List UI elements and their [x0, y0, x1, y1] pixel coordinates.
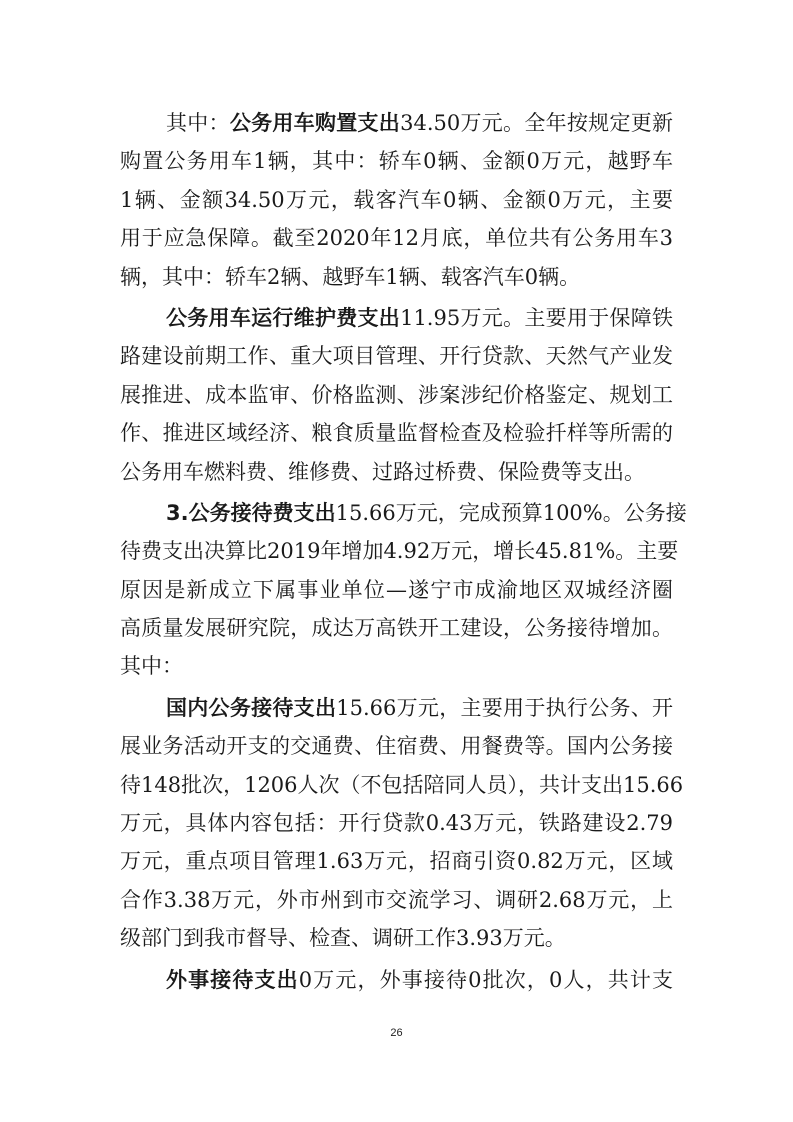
text-line: 高质量发展研究院，成达万高铁开工建设，公务接待增加。: [120, 609, 673, 647]
text-line: 3.公务接待费支出15.66万元，完成预算100%。公务接: [120, 494, 673, 532]
heading-domestic-reception: 国内公务接待支出: [166, 696, 336, 720]
text-line: 待148批次，1206人次（不包括陪同人员），共计支出15.66: [120, 766, 673, 804]
heading-vehicle-maintenance: 公务用车运行维护费支出: [166, 306, 400, 330]
heading-vehicle-purchase: 公务用车购置支出: [230, 111, 400, 135]
line-text: 11.95万元。主要用于保障铁: [400, 306, 673, 330]
document-body: 其中：公务用车购置支出34.50万元。全年按规定更新 购置公务用车1辆，其中：轿…: [120, 104, 673, 999]
text-line: 外事接待支出0万元，外事接待0批次，0人，共计支: [120, 961, 673, 999]
paragraph-reception: 3.公务接待费支出15.66万元，完成预算100%。公务接 待费支出决算比201…: [120, 494, 673, 686]
page-number: 26: [0, 1027, 793, 1039]
paragraph-domestic-reception: 国内公务接待支出15.66万元，主要用于执行公务、开 展业务活动开支的交通费、住…: [120, 689, 673, 958]
text-line: 原因是新成立下属事业单位—遂宁市成渝地区双城经济圈: [120, 571, 673, 609]
line-text: 15.66万元，完成预算100%。公务接: [336, 501, 687, 525]
paragraph-foreign-reception: 外事接待支出0万元，外事接待0批次，0人，共计支: [120, 961, 673, 999]
text-line: 路建设前期工作、重大项目管理、开行贷款、天然气产业发: [120, 337, 673, 375]
text-line: 公务用车运行维护费支出11.95万元。主要用于保障铁: [120, 299, 673, 337]
text-line: 万元，重点项目管理1.63万元，招商引资0.82万元，区域: [120, 842, 673, 880]
paragraph-vehicle-purchase: 其中：公务用车购置支出34.50万元。全年按规定更新 购置公务用车1辆，其中：轿…: [120, 104, 673, 296]
text-line: 展业务活动开支的交通费、住宿费、用餐费等。国内公务接: [120, 727, 673, 765]
line-text: 0万元，外事接待0批次，0人，共计支: [299, 968, 673, 992]
text-line: 作、推进区域经济、粮食质量监督检查及检验扦样等所需的: [120, 414, 673, 452]
heading-reception: 3.公务接待费支出: [166, 501, 336, 525]
text-line: 公务用车燃料费、维修费、过路过桥费、保险费等支出。: [120, 453, 673, 491]
line-text: 15.66万元，主要用于执行公务、开: [336, 696, 673, 720]
text-line: 辆，其中：轿车2辆、越野车1辆、载客汽车0辆。: [120, 258, 673, 296]
text-line: 购置公务用车1辆，其中：轿车0辆、金额0万元，越野车: [120, 142, 673, 180]
text-line: 合作3.38万元，外市州到市交流学习、调研2.68万元，上: [120, 881, 673, 919]
text-line: 国内公务接待支出15.66万元，主要用于执行公务、开: [120, 689, 673, 727]
text-line: 展推进、成本监审、价格监测、涉案涉纪价格鉴定、规划工: [120, 376, 673, 414]
text-line: 万元，具体内容包括：开行贷款0.43万元，铁路建设2.79: [120, 804, 673, 842]
paragraph-vehicle-maintenance: 公务用车运行维护费支出11.95万元。主要用于保障铁 路建设前期工作、重大项目管…: [120, 299, 673, 491]
text-line: 其中：: [120, 647, 673, 685]
text-line: 1辆、金额34.50万元，载客汽车0辆、金额0万元，主要: [120, 181, 673, 219]
text-line: 用于应急保障。截至2020年12月底，单位共有公务用车3: [120, 219, 673, 257]
heading-foreign-reception: 外事接待支出: [166, 968, 299, 992]
line-text: 34.50万元。全年按规定更新: [400, 111, 673, 135]
text-line: 其中：公务用车购置支出34.50万元。全年按规定更新: [120, 104, 673, 142]
text-line: 级部门到我市督导、检查、调研工作3.93万元。: [120, 919, 673, 957]
lead-in: 其中：: [166, 111, 230, 135]
text-line: 待费支出决算比2019年增加4.92万元，增长45.81%。主要: [120, 532, 673, 570]
